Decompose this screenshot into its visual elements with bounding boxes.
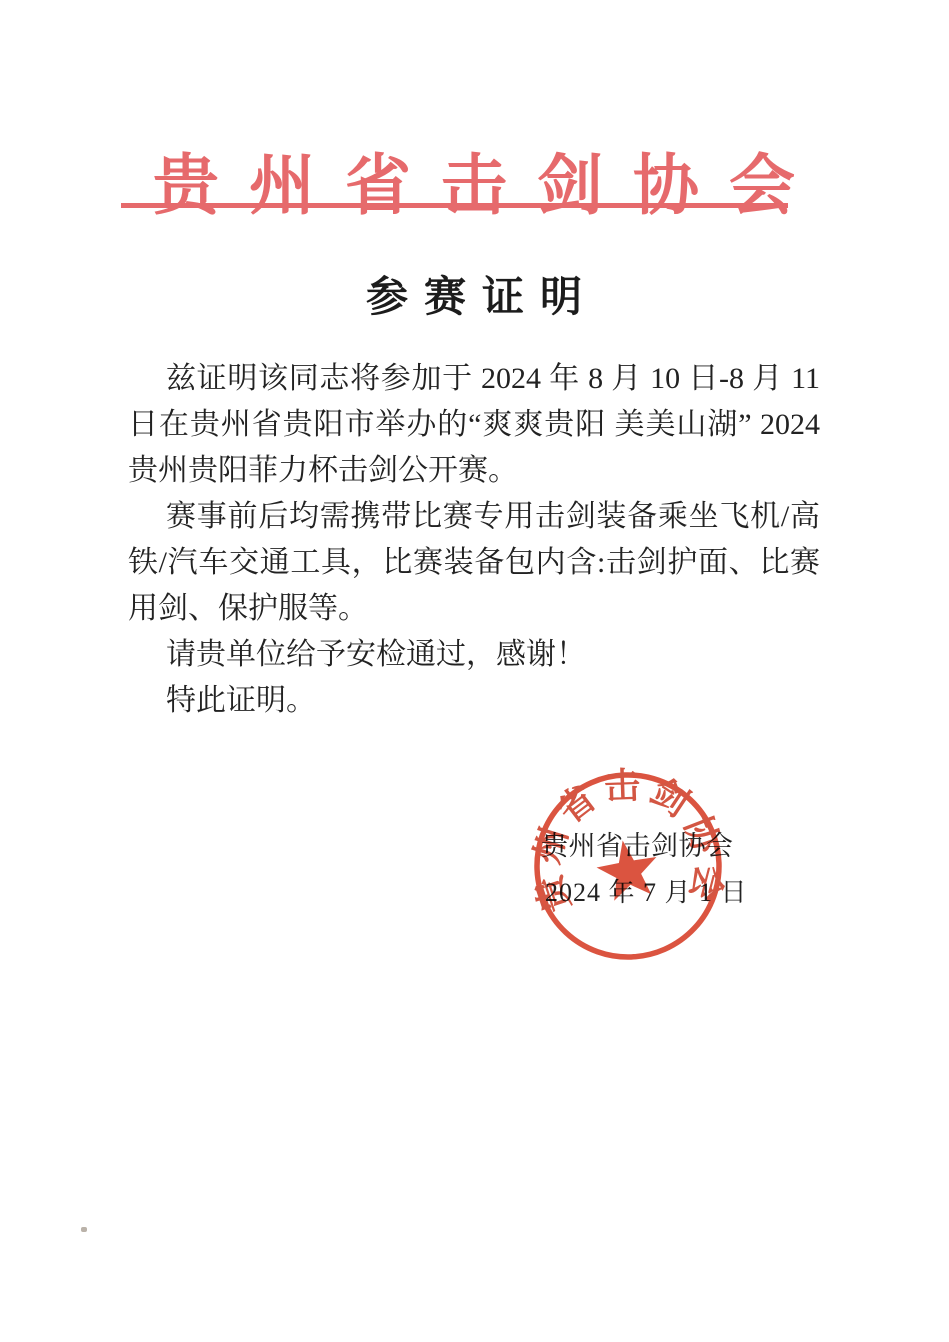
paragraph-closing: 特此证明。 [128,678,820,724]
document-body: 兹证明该同志将参加于 2024 年 8 月 10 日-8 月 11 日在贵州省贵… [128,356,820,724]
paragraph-equipment-notice: 赛事前后均需携带比赛专用击剑装备乘坐飞机/高铁/汽车交通工具，比赛装备包内含:击… [128,494,820,632]
scan-speck-artifact [81,1227,87,1232]
stamp-arc-text: 贵州省击剑协会 [523,762,732,917]
certificate-page: 贵州省击剑协会 参赛证明 兹证明该同志将参加于 2024 年 8 月 10 日-… [0,0,949,1342]
stamp-star-icon [593,835,663,903]
paragraph-event-statement: 兹证明该同志将参加于 2024 年 8 月 10 日-8 月 11 日在贵州省贵… [128,356,820,494]
official-seal-stamp: 贵州省击剑协会 [514,752,742,980]
paragraph-security-request: 请贵单位给予安检通过，感谢！ [128,632,820,678]
page-title: 参赛证明 [10,264,938,324]
letterhead-underline [121,203,788,208]
letterhead-title: 贵州省击剑协会 [10,132,938,227]
